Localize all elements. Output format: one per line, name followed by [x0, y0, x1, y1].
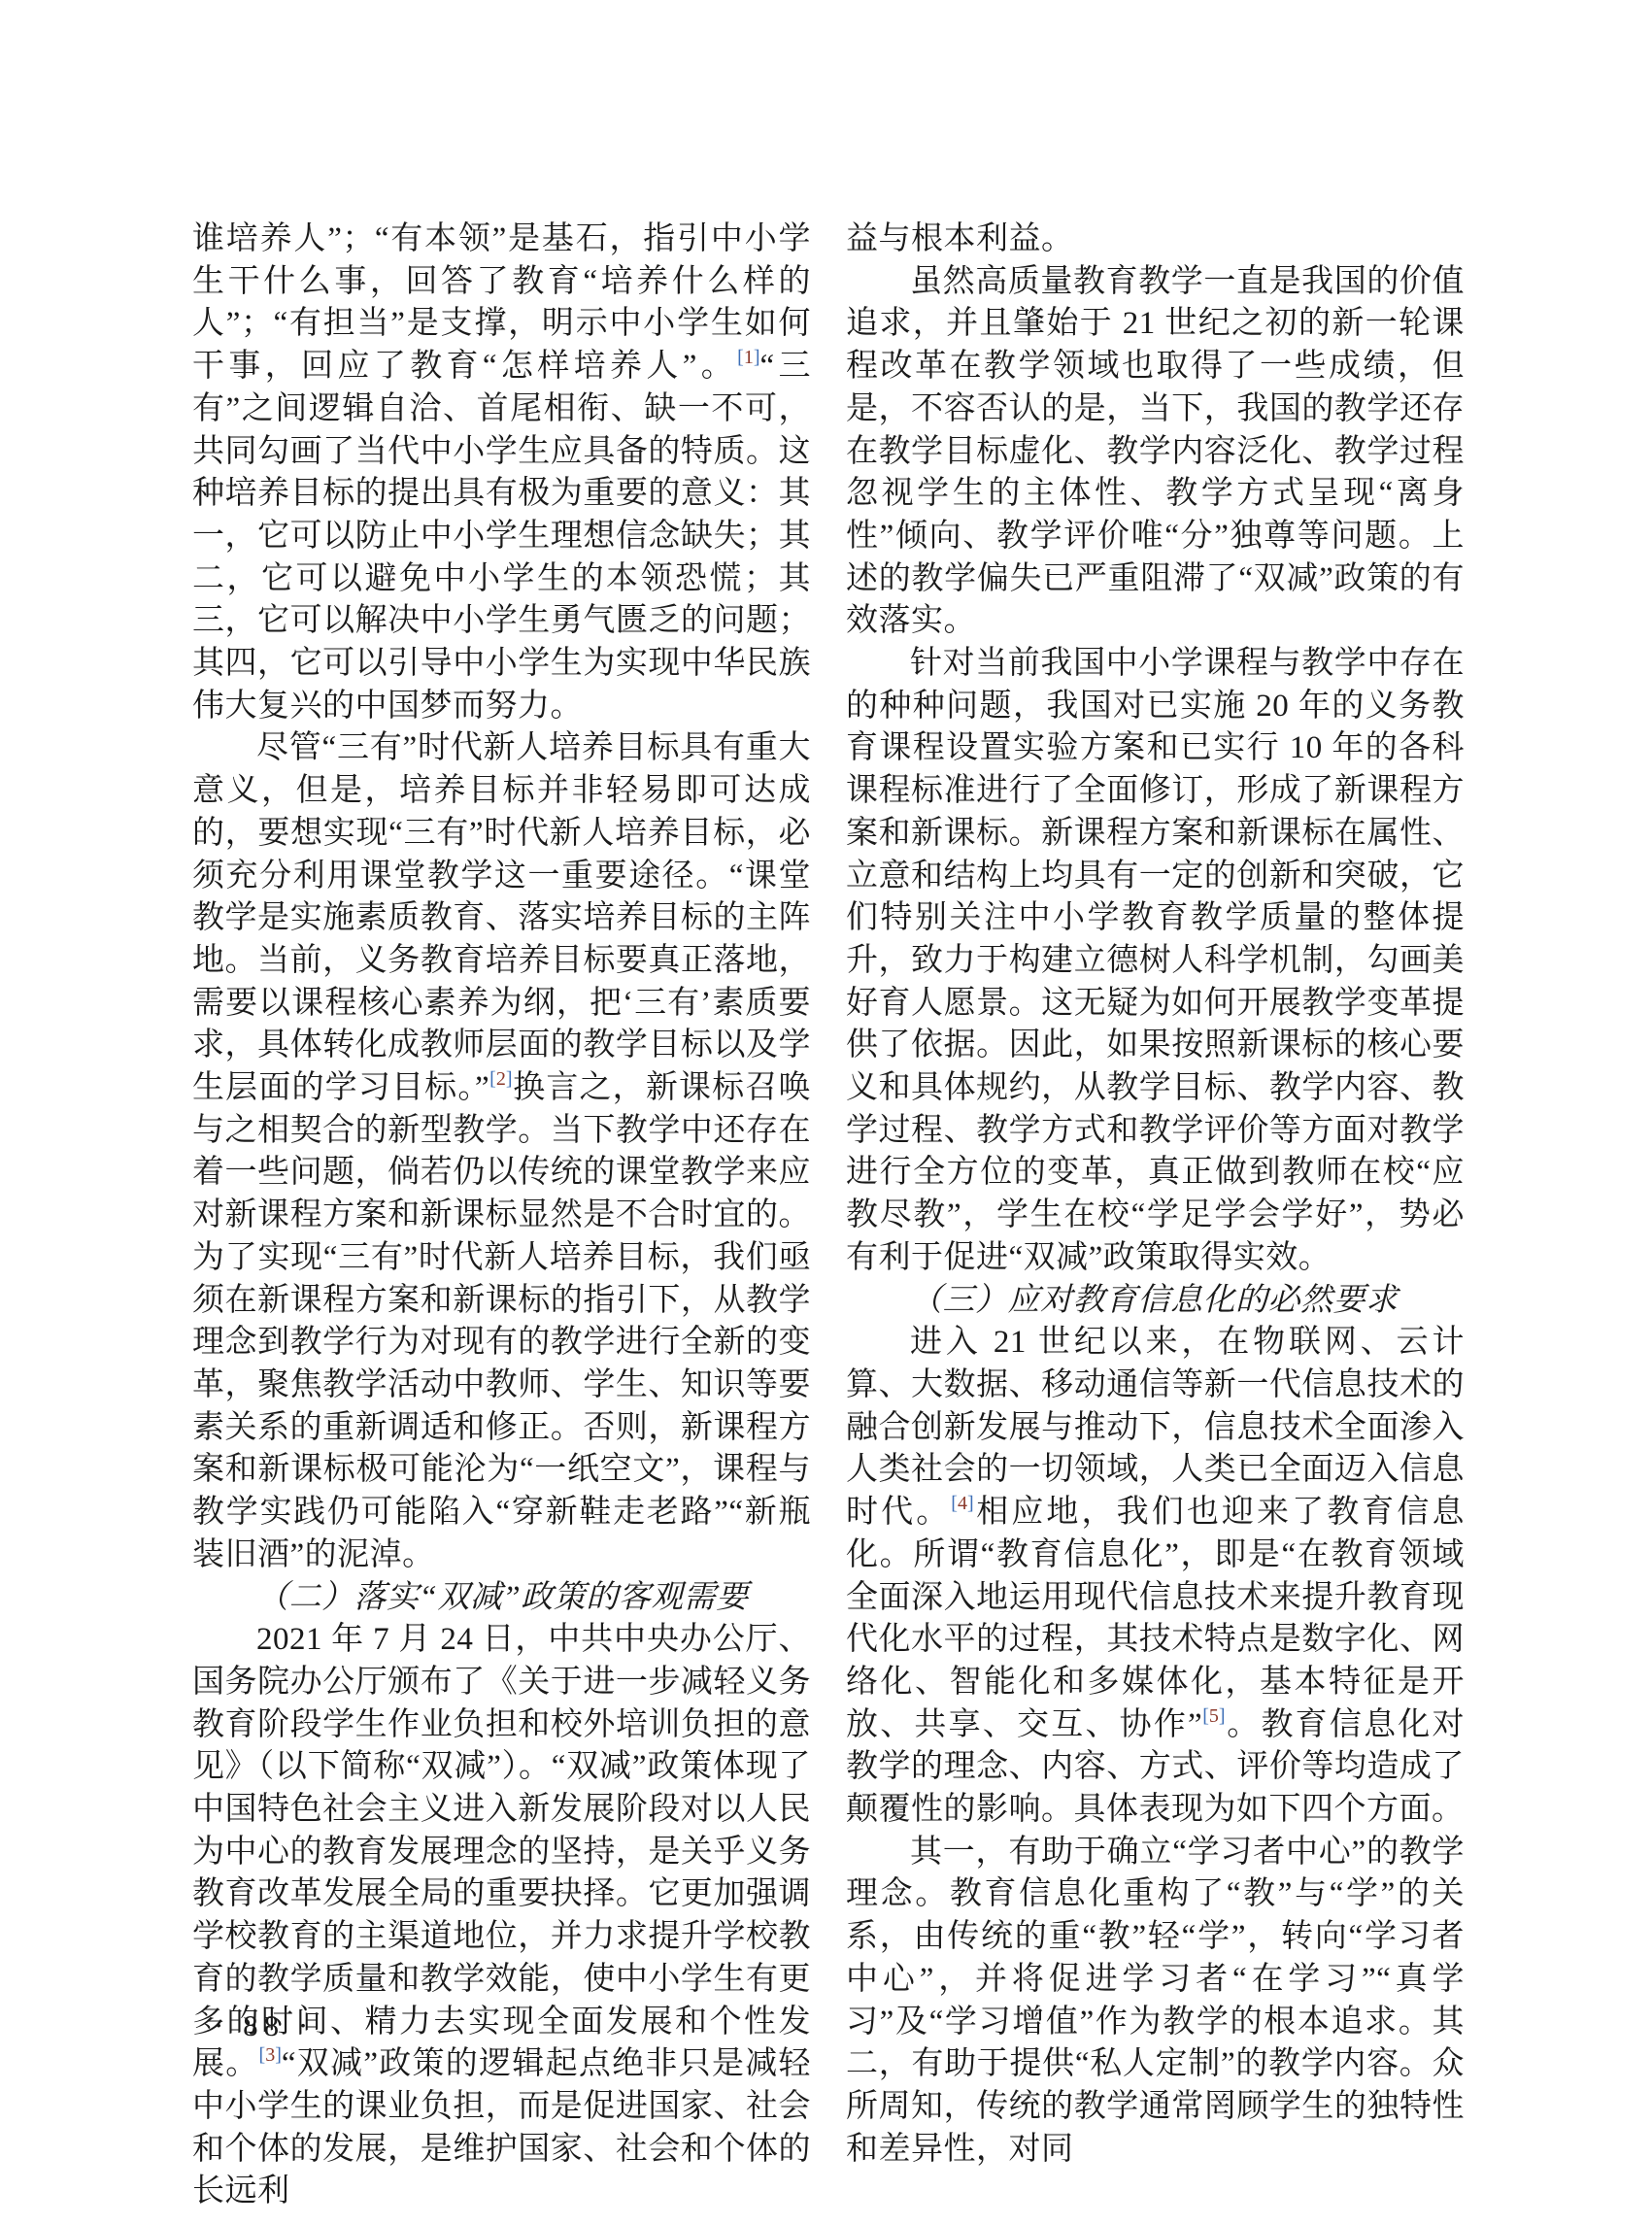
citation-marker: [1]: [737, 347, 759, 368]
body-paragraph: 针对当前我国中小学课程与教学中存在的种种问题，我国对已实施 20 年的义务教育课…: [846, 643, 1465, 1280]
text-columns: 谁培养人”；“有本领”是基石，指引中小学生干什么事，回答了教育“培养什么样的人”…: [192, 219, 1465, 2213]
body-paragraph: 尽管“三有”时代新人培养目标具有重大意义，但是，培养目标并非轻易即可达成的，要想…: [192, 727, 811, 1576]
citation-marker: [4]: [951, 1493, 973, 1514]
body-paragraph: 进入 21 世纪以来，在物联网、云计算、大数据、移动通信等新一代信息技术的融合创…: [846, 1322, 1465, 1831]
document-page: 谁培养人”；“有本领”是基石，指引中小学生干什么事，回答了教育“培养什么样的人”…: [0, 0, 1652, 2225]
page-number: · 88 ·: [214, 2006, 314, 2045]
body-paragraph: 虽然高质量教育教学一直是我国的价值追求，并且肇始于 21 世纪之初的新一轮课程改…: [846, 261, 1465, 643]
body-paragraph: 谁培养人”；“有本领”是基石，指引中小学生干什么事，回答了教育“培养什么样的人”…: [192, 219, 811, 727]
body-paragraph: 其一，有助于确立“学习者中心”的教学理念。教育信息化重构了“教”与“学”的关系，…: [846, 1832, 1465, 2172]
citation-marker: [5]: [1202, 1705, 1225, 1727]
body-paragraph: 2021 年 7 月 24 日，中共中央办公厅、国务院办公厅颁布了《关于进一步减…: [192, 1619, 811, 2213]
citation-marker: [3]: [259, 2044, 282, 2066]
citation-marker: [2]: [489, 1068, 512, 1090]
body-paragraph: 益与根本利益。: [846, 219, 1465, 261]
column-left: 谁培养人”；“有本领”是基石，指引中小学生干什么事，回答了教育“培养什么样的人”…: [192, 219, 811, 2213]
section-heading: （三）应对教育信息化的必然要求: [846, 1280, 1465, 1323]
column-right: 益与根本利益。虽然高质量教育教学一直是我国的价值追求，并且肇始于 21 世纪之初…: [846, 219, 1465, 2213]
section-heading: （二）落实“双减”政策的客观需要: [192, 1577, 811, 1620]
